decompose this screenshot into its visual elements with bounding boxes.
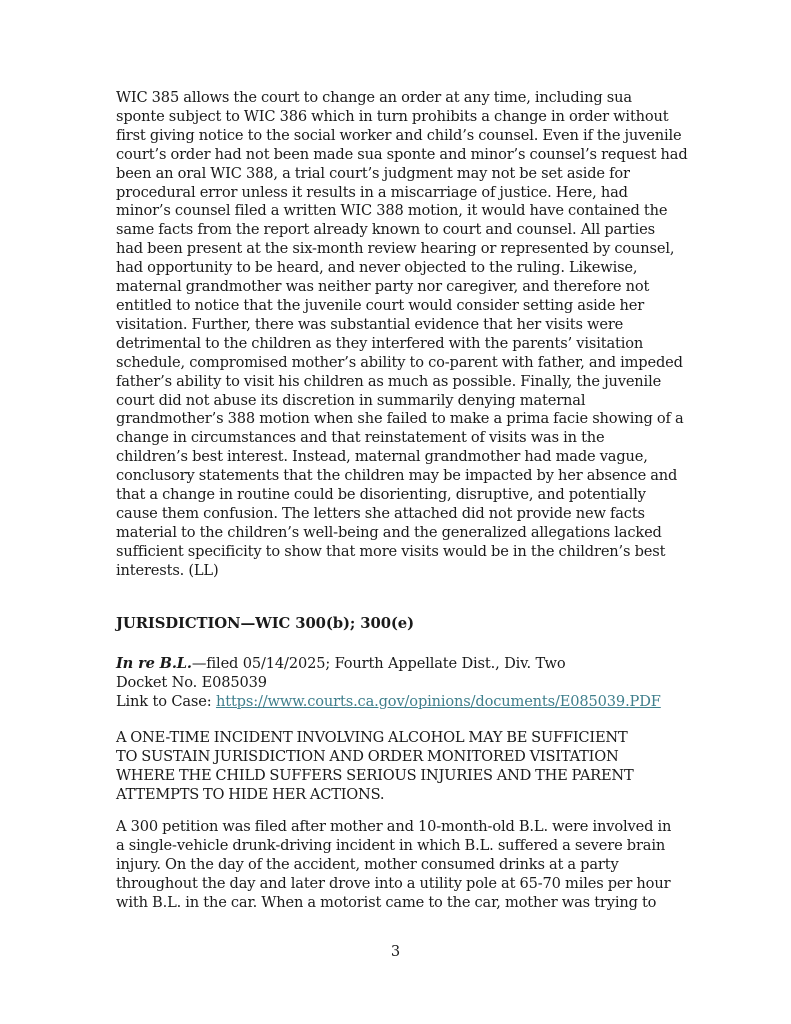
text-line: sufficient specificity to show that more… xyxy=(116,543,690,562)
docket-number: Docket No. E085039 xyxy=(116,674,690,693)
text-line: first giving notice to the social worker… xyxy=(116,127,690,146)
text-line: court’s order had not been made sua spon… xyxy=(116,146,690,165)
text-line: entitled to notice that the juvenile cou… xyxy=(116,297,690,316)
text-line: had been present at the six-month review… xyxy=(116,240,690,259)
text-line: interests. (LL) xyxy=(116,562,690,581)
text-line: father’s ability to visit his children a… xyxy=(116,373,690,392)
text-line: cause them confusion. The letters she at… xyxy=(116,505,690,524)
text-line: A 300 petition was filed after mother an… xyxy=(116,818,696,837)
paragraph-case-facts: A 300 petition was filed after mother an… xyxy=(116,818,696,913)
headnote-line: TO SUSTAIN JURISDICTION AND ORDER MONITO… xyxy=(116,748,696,767)
case-citation: In re B.L.—filed 05/14/2025; Fourth Appe… xyxy=(116,655,690,712)
headnote-line: A ONE-TIME INCIDENT INVOLVING ALCOHOL MA… xyxy=(116,729,696,748)
case-title-line: In re B.L.—filed 05/14/2025; Fourth Appe… xyxy=(116,655,690,674)
case-link[interactable]: https://www.courts.ca.gov/opinions/docum… xyxy=(216,693,661,710)
headnote-line: ATTEMPTS TO HIDE HER ACTIONS. xyxy=(116,786,696,805)
text-line: had opportunity to be heard, and never o… xyxy=(116,259,690,278)
page-number: 3 xyxy=(0,943,791,960)
filing-info: —filed 05/14/2025; Fourth Appellate Dist… xyxy=(192,655,566,672)
text-line: detrimental to the children as they inte… xyxy=(116,335,690,354)
text-line: a single-vehicle drunk-driving incident … xyxy=(116,837,696,856)
text-line: with B.L. in the car. When a motorist ca… xyxy=(116,894,696,913)
text-line: change in circumstances and that reinsta… xyxy=(116,429,690,448)
text-line: material to the children’s well-being an… xyxy=(116,524,690,543)
text-line: throughout the day and later drove into … xyxy=(116,875,696,894)
body-paragraph: A 300 petition was filed after mother an… xyxy=(116,818,696,913)
case-name: In re B.L. xyxy=(116,655,192,672)
case-summary-headnote: A ONE-TIME INCIDENT INVOLVING ALCOHOL MA… xyxy=(116,729,696,805)
text-line: conclusory statements that the children … xyxy=(116,467,690,486)
text-line: WIC 385 allows the court to change an or… xyxy=(116,89,690,108)
text-line: minor’s counsel filed a written WIC 388 … xyxy=(116,202,690,221)
text-line: procedural error unless it results in a … xyxy=(116,184,690,203)
text-line: schedule, compromised mother’s ability t… xyxy=(116,354,690,373)
case-link-line: Link to Case: https://www.courts.ca.gov/… xyxy=(116,693,690,712)
text-line: court did not abuse its discretion in su… xyxy=(116,392,690,411)
text-line: same facts from the report already known… xyxy=(116,221,690,240)
text-line: been an oral WIC 388, a trial court’s ju… xyxy=(116,165,690,184)
text-line: children’s best interest. Instead, mater… xyxy=(116,448,690,467)
link-label: Link to Case: xyxy=(116,693,216,710)
text-line: visitation. Further, there was substanti… xyxy=(116,316,690,335)
text-line: maternal grandmother was neither party n… xyxy=(116,278,690,297)
text-line: sponte subject to WIC 386 which in turn … xyxy=(116,108,690,127)
text-line: injury. On the day of the accident, moth… xyxy=(116,856,696,875)
paragraph-visitation-ruling: WIC 385 allows the court to change an or… xyxy=(116,89,690,581)
text-line: that a change in routine could be disori… xyxy=(116,486,690,505)
body-paragraph: WIC 385 allows the court to change an or… xyxy=(116,89,690,581)
headnote-line: WHERE THE CHILD SUFFERS SERIOUS INJURIES… xyxy=(116,767,696,786)
section-heading: JURISDICTION—WIC 300(b); 300(e) xyxy=(116,615,414,632)
text-line: grandmother’s 388 motion when she failed… xyxy=(116,410,690,429)
